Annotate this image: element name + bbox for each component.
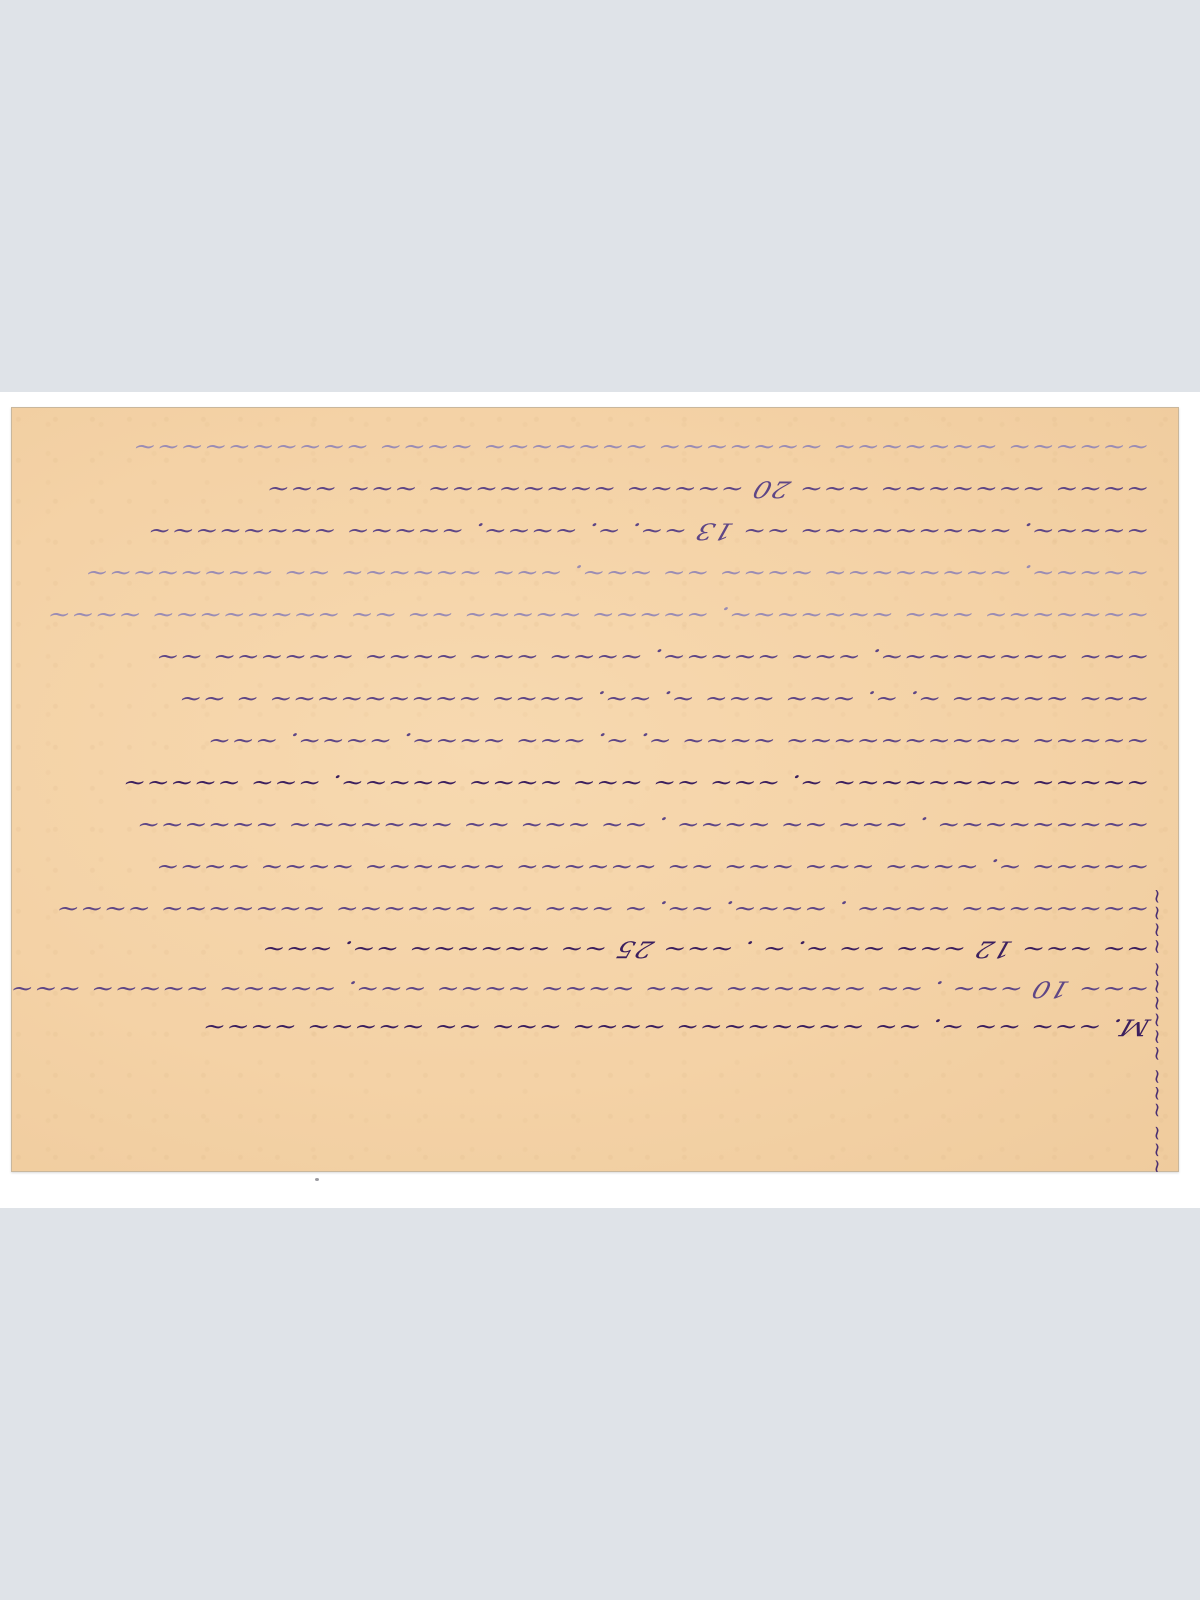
handwriting-line: ~~~~~. ~~~~~~~~~ ~~ 13 ~~. ~. ~~~~. ~~~~… — [143, 517, 1153, 543]
handwriting-line: ~~~~~~~~ ~~~~ . ~~~~. ~~. ~ ~~~ ~~ ~~~~~… — [52, 895, 1154, 921]
handwriting-line: ~~~ ~~~~~ ~. ~. ~~~ ~~~ ~. ~~. ~~~~ ~~~~… — [174, 685, 1153, 711]
handwriting-line: ~~~ ~~~~~~~~. ~~~ ~~~~~. ~~~~ ~~~ ~~~~ ~… — [151, 643, 1153, 669]
handwriting-line: ~~~~~~~ ~~~ ~~~~~~~. ~~~~~ ~~~~~ ~~ ~~ ~… — [43, 601, 1154, 627]
handwriting-area: M. ~~~ ~~ ~. ~~ ~~~~~~~~ ~~~~ ~~~ ~~ ~~~… — [11, 407, 1179, 1172]
postcard-image: M. ~~~ ~~ ~. ~~ ~~~~~~~~ ~~~~ ~~~ ~~ ~~~… — [11, 407, 1179, 1172]
handwriting-line: ~~~~~~ ~~~~~~~ ~~~~~~~ ~~~~~~~ ~~~~ ~~~~… — [128, 433, 1153, 459]
handwriting-line: ~~~~ ~~~~~~~ ~~~ 20 ~~~~~ ~~~~~~~~ ~~~ ~… — [262, 475, 1154, 501]
margin-note: ~~~ ~~~~ ~ ~~~~~~ ~~ ~~~~~~~ ~~~ ~~~~~~ … — [1144, 862, 1168, 1172]
handwriting-line: ~~ ~~~ 12 ~~~ ~~ ~. ~ . ~~~ 25 ~~ ~~~~~~… — [257, 935, 1153, 961]
handwriting-line: ~~~~~ ~~~~~~~~~~ ~~~~ ~. ~. ~~~ ~~~~. ~~… — [203, 727, 1153, 753]
handwriting-line: ~~~~~ ~. ~~~~ ~~~ ~~~ ~~ ~~~~~~ ~~~~~~ ~… — [151, 853, 1153, 879]
handwriting-line: ~~~ 10 ~~~ . ~~ ~~~~~~ ~~~ ~~~~ ~~~~ ~~~… — [11, 975, 1153, 1001]
handwriting-line: ~~~~~. ~~~~~~~~ ~~~~ ~~ ~~~. ~~~ ~~~~~~ … — [80, 559, 1153, 585]
handwriting-line: ~~~~~~~~~ . ~~~ ~~ ~~~~ . ~~ ~~~ ~~ ~~~~… — [132, 811, 1153, 837]
dust-speck — [315, 1178, 319, 1181]
handwriting-line: M. ~~~ ~~ ~. ~~ ~~~~~~~~ ~~~~ ~~~ ~~ ~~~… — [198, 1013, 1153, 1039]
handwriting-line: ~~~~~ ~~~~~~~~ ~. ~~~ ~~ ~~~ ~~~~ ~~~~~.… — [118, 769, 1153, 795]
